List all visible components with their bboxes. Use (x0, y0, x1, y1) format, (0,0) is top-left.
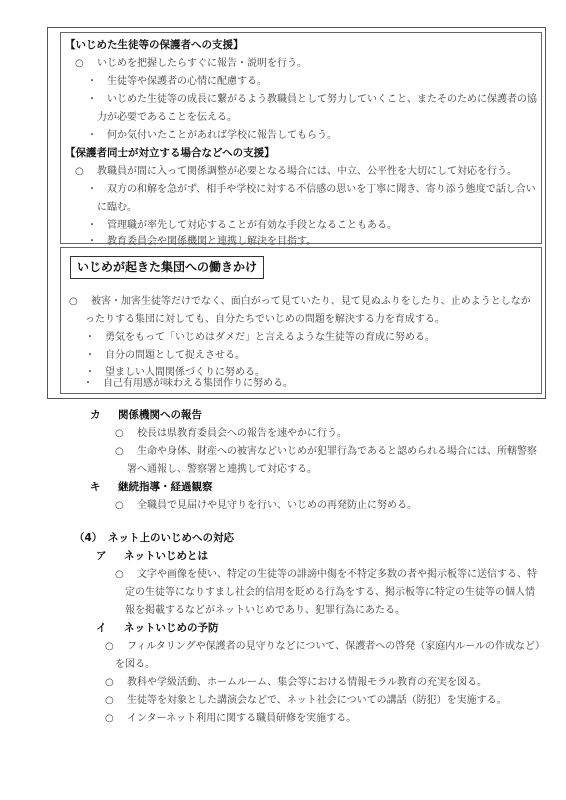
list-item: ○教職員が間に入って関係調整が必要となる場合には、中立、公平性を大切にして対応を… (75, 163, 517, 181)
dot-bullet-icon: ・ (87, 127, 107, 145)
circle-bullet-icon: ○ (69, 293, 91, 311)
circle-bullet-icon: ○ (115, 566, 137, 584)
list-item: ○生命や身体、財産への被害などいじめが犯罪行為であると認められる場合には、所轄警… (115, 443, 537, 461)
list-item-continuation: 定の生徒等になりすまし社会的信用を貶める行為をする、掲示板等に特定の生徒等の個人… (125, 584, 535, 602)
dot-bullet-icon: ・ (83, 375, 103, 393)
list-item: ・勇気をもって「いじめはダメだ」と言えるような生徒等の育成に努める。 (85, 329, 435, 347)
section-4i-heading: イネットいじめの予防 (96, 620, 219, 638)
circle-bullet-icon: ○ (105, 674, 127, 692)
circle-bullet-icon: ○ (115, 497, 137, 515)
dot-bullet-icon: ・ (85, 347, 105, 365)
dot-bullet-icon: ・ (87, 91, 107, 109)
dot-bullet-icon: ・ (87, 217, 107, 235)
list-item: ○全職員で見届けや見守りを行い、いじめの再発防止に努める。 (115, 497, 417, 515)
dot-bullet-icon: ・ (87, 181, 107, 199)
list-item: ・管理職が率先して対応することが有効な手段となることもある。 (87, 217, 397, 235)
list-item: ・いじめた生徒等の成長に繋がるよう教職員として努力していくこと、またそのために保… (87, 91, 537, 109)
circle-bullet-icon: ○ (115, 425, 137, 443)
group-approach-title: いじめが起きた集団への働きかけ (70, 256, 264, 279)
list-item: ○インターネット利用に関する職員研修を実施する。 (105, 710, 356, 728)
dot-bullet-icon: ・ (85, 329, 105, 347)
list-item: ○フィルタリングや保護者の見守りなどについて、保護者への啓発（家庭内ルールの作成… (105, 638, 545, 656)
list-item-continuation: ったりする集団に対しても、自分たちでいじめの問題を解決する力を育成する。 (85, 311, 445, 329)
list-item-continuation: 報を掲載するなどがネットいじめであり、犯罪行為にあたる。 (125, 602, 405, 620)
list-item-continuation: を図る。 (115, 656, 155, 674)
list-item: ・双方の和解を急がず、相手や学校に対する不信感の思いを丁寧に聞き、寄り添う態度で… (87, 181, 536, 199)
list-item: ○文字や画像を使い、特定の生徒等の誹謗中傷を不特定多数の者や掲示板等に送信する、… (115, 566, 537, 584)
outer-frame: 【いじめた生徒等の保護者への支援】 ○いじめを把握したらすぐに報告・説明を行う。… (47, 27, 546, 399)
group-approach-box: いじめが起きた集団への働きかけ ○被害・加害生徒等だけでなく、面白がって見ていた… (60, 247, 542, 394)
circle-bullet-icon: ○ (75, 163, 97, 181)
section-ki-heading: キ継続指導・経過観察 (90, 479, 213, 497)
section-4a-heading: アネットいじめとは (96, 548, 208, 566)
section-ka-heading: カ関係機関への報告 (90, 407, 202, 425)
list-item-continuation: 力が必要であることを伝える。 (97, 109, 237, 127)
circle-bullet-icon: ○ (115, 443, 137, 461)
list-item: ○いじめを把握したらすぐに報告・説明を行う。 (75, 55, 307, 73)
parent-conflict-heading: 【保護者同士が対立する場合などへの支援】 (65, 145, 275, 163)
circle-bullet-icon: ○ (105, 638, 127, 656)
circle-bullet-icon: ○ (75, 55, 97, 73)
list-item: ○校長は県教育委員会への報告を速やかに行う。 (115, 425, 347, 443)
list-item: ・何か気付いたことがあれば学校に報告してもらう。 (87, 127, 337, 145)
list-item: ○教科や学級活動、ホームルーム、集会等における情報モラル教育の充実を図る。 (105, 674, 487, 692)
parent-support-box: 【いじめた生徒等の保護者への支援】 ○いじめを把握したらすぐに報告・説明を行う。… (60, 32, 542, 244)
parent-support-heading: 【いじめた生徒等の保護者への支援】 (65, 37, 244, 55)
circle-bullet-icon: ○ (105, 692, 127, 710)
list-item: ・自己有用感が味わえる集団作りに努める。 (83, 375, 293, 393)
dot-bullet-icon: ・ (87, 73, 107, 91)
list-item: ・自分の問題として捉えさせる。 (85, 347, 245, 365)
list-item-continuation: 署へ通報し、警察署と連携して対応する。 (127, 461, 317, 479)
list-item: ○被害・加害生徒等だけでなく、面白がって見ていたり、見て見ぬふりをしたり、止めよ… (69, 293, 531, 311)
list-item: ・生徒等や保護者の心情に配慮する。 (87, 73, 267, 91)
list-item: ○生徒等を対象とした講演会などで、ネット社会についての講話（防犯）を実施する。 (105, 692, 507, 710)
circle-bullet-icon: ○ (105, 710, 127, 728)
section-4-heading: （4）ネット上のいじめへの対応 (74, 530, 234, 548)
list-item-continuation: に臨む。 (97, 199, 137, 217)
